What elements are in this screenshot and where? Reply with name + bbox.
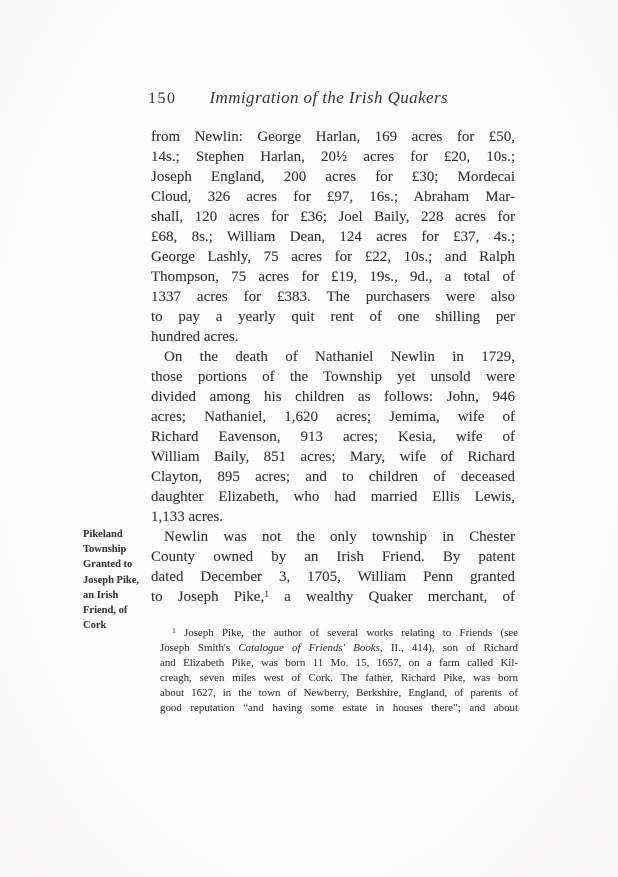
text-line: hundred acres. xyxy=(151,327,515,347)
text-line: daughter Elizabeth, who had married Elli… xyxy=(151,487,515,507)
text-line: Richard Eavenson, 913 acres; Kesia, wife… xyxy=(151,427,515,447)
margin-note-line: Cork xyxy=(83,618,153,633)
footnote-line: and Elizabeth Pike, was born 11 Mo. 15, … xyxy=(160,656,518,671)
paragraph-2: On the death of Nathaniel Newlin in 1729… xyxy=(151,347,515,527)
body-text: from Newlin: George Harlan, 169 acres fo… xyxy=(151,127,515,607)
book-page: 150 Immigration of the Irish Quakers fro… xyxy=(0,0,618,877)
text-line: County owned by an Irish Friend. By pate… xyxy=(151,547,515,567)
margin-note-line: Pikeland xyxy=(83,527,153,542)
text-line: Newlin was not the only township in Ches… xyxy=(151,527,515,547)
text-segment: Joseph Smith's xyxy=(160,642,238,654)
footnote: 1 Joseph Pike, the author of several wor… xyxy=(160,626,518,716)
footnote-line: about 1627, in the town of Newberry, Ber… xyxy=(160,686,518,701)
text-line: from Newlin: George Harlan, 169 acres fo… xyxy=(151,127,515,147)
text-segment: Joseph Pike, the author of several works… xyxy=(176,627,518,639)
text-line: dated December 3, 1705, William Penn gra… xyxy=(151,567,515,587)
footnote-line: 1 Joseph Pike, the author of several wor… xyxy=(160,626,518,641)
text-line: 1,133 acres. xyxy=(151,507,515,527)
margin-note-line: Friend, of xyxy=(83,603,153,618)
text-line: 14s.; Stephen Harlan, 20½ acres for £20,… xyxy=(151,147,515,167)
text-line: William Baily, 851 acres; Mary, wife of … xyxy=(151,447,515,467)
footnote-line: creagh, seven miles west of Cork. The fa… xyxy=(160,671,518,686)
text-line: to pay a yearly quit rent of one shillin… xyxy=(151,307,515,327)
footnote-line: good reputation “and having some estate … xyxy=(160,701,518,716)
text-line: On the death of Nathaniel Newlin in 1729… xyxy=(151,347,515,367)
text-line: Thompson, 75 acres for £19, 19s., 9d., a… xyxy=(151,267,515,287)
margin-note: Pikeland Township Granted to Joseph Pike… xyxy=(83,527,153,633)
margin-note-line: Township xyxy=(83,542,153,557)
text-line: shall, 120 acres for £36; Joel Baily, 22… xyxy=(151,207,515,227)
text-segment: to Joseph Pike, xyxy=(151,589,264,605)
margin-note-line: an Irish xyxy=(83,588,153,603)
margin-note-line: Granted to xyxy=(83,557,153,572)
book-title-italic: Catalogue of Friends' Books xyxy=(238,642,379,654)
text-line: £68, 8s.; William Dean, 124 acres for £3… xyxy=(151,227,515,247)
text-line: to Joseph Pike,1 a wealthy Quaker mercha… xyxy=(151,587,515,607)
text-line: Joseph England, 200 acres for £30; Morde… xyxy=(151,167,515,187)
page-number: 150 xyxy=(148,90,177,108)
paragraph-3: Newlin was not the only township in Ches… xyxy=(151,527,515,607)
text-line: 1337 acres for £383. The purchasers were… xyxy=(151,287,515,307)
running-title: Immigration of the Irish Quakers xyxy=(210,88,449,108)
text-line: acres; Nathaniel, 1,620 acres; Jemima, w… xyxy=(151,407,515,427)
text-line: those portions of the Township yet unsol… xyxy=(151,367,515,387)
text-line: Cloud, 326 acres for £97, 16s.; Abraham … xyxy=(151,187,515,207)
text-segment: a wealthy Quaker merchant, of xyxy=(269,589,515,605)
text-segment: , II., 414), son of Richard xyxy=(380,642,518,654)
margin-note-line: Joseph Pike, xyxy=(83,573,153,588)
text-line: divided among his children as follows: J… xyxy=(151,387,515,407)
text-line: George Lashly, 75 acres for £22, 10s.; a… xyxy=(151,247,515,267)
paragraph-1: from Newlin: George Harlan, 169 acres fo… xyxy=(151,127,515,347)
footnote-line: Joseph Smith's Catalogue of Friends' Boo… xyxy=(160,641,518,656)
page-header: 150 Immigration of the Irish Quakers xyxy=(148,88,448,108)
text-line: Clayton, 895 acres; and to children of d… xyxy=(151,467,515,487)
